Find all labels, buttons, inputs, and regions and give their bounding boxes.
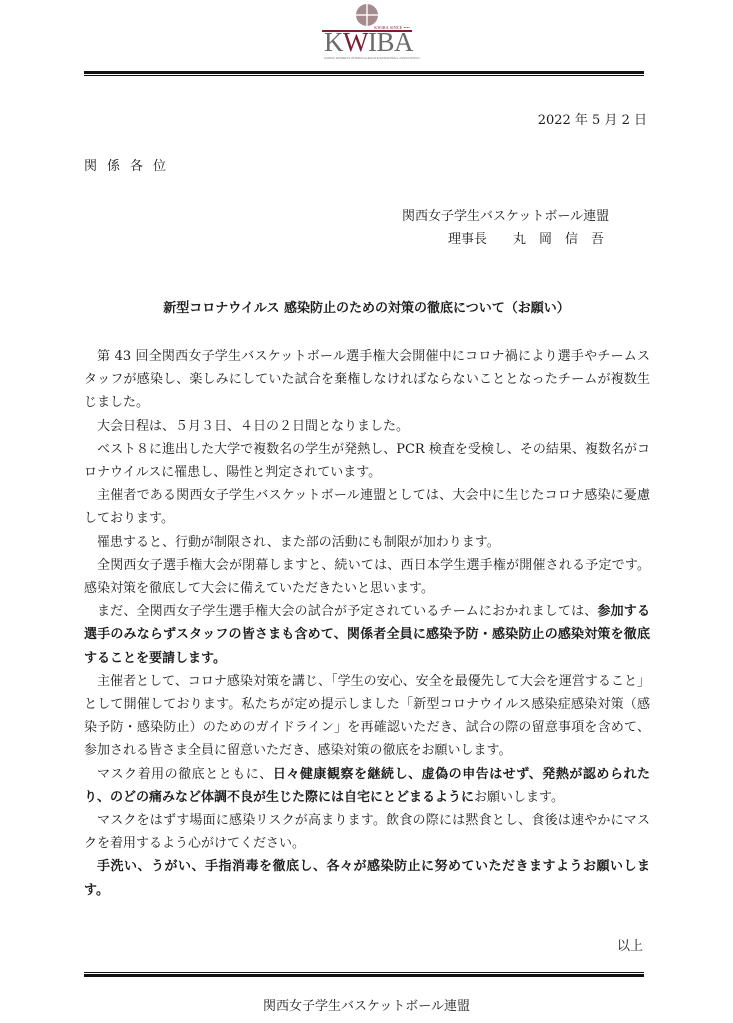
- document-date: 2022 年 5 月 2 日: [538, 109, 647, 128]
- paragraph-text: マスクをはずす場面に感染リスクが高まります。飲食の際には黙食とし、食後は速やかに…: [84, 813, 650, 851]
- closing-mark: 以上: [617, 935, 643, 954]
- body-paragraph: 主催者である関西女子学生バスケットボール連盟としては、大会中に生じたコロナ感染に…: [84, 484, 650, 530]
- logo-subtitle: KANSAI WOMEN'S INTERCOLLEGIATE BASKETBAL…: [324, 56, 420, 60]
- paragraph-text: まだ、全関西女子学生選手権大会の試合が予定されているチームにおかれましては、: [97, 604, 597, 619]
- body-paragraph: 主催者として、コロナ感染対策を講じ、「学生の安心、安全を最優先して大会を運営する…: [84, 670, 650, 763]
- basketball-icon: [356, 4, 378, 26]
- body-paragraph: 大会日程は、５月３日、４日の２日間となりました。: [84, 415, 650, 438]
- body-paragraph: 手洗い、うがい、手指消毒を徹底し、各々が感染防止に努めていただきますようお願いし…: [84, 855, 650, 901]
- kwiba-logo: KWIBA SINCE •••• KWIBA KANSAI WOMEN'S IN…: [322, 4, 412, 62]
- body-paragraph: マスク着用の徹底とともに、日々健康観察を継続し、虚偽の申告はせず、発熱が認められ…: [84, 763, 650, 809]
- sender-name: 理事長 丸 岡 信 吾: [448, 228, 604, 247]
- emphasized-text: 手洗い、うがい、手指消毒を徹底し、各々が感染防止に努めていただきますようお願いし…: [84, 859, 650, 897]
- document-title: 新型コロナウイルス 感染防止のための対策の徹底について（お願い）: [0, 297, 733, 316]
- body-paragraph: ベスト８に進出した大学で複数名の学生が発熱し、PCR 検査を受検し、その結果、複…: [84, 438, 650, 484]
- body-paragraph: 罹患すると、行動が制限され、また部の活動にも制限が加わります。: [84, 531, 650, 554]
- paragraph-text: マスク着用の徹底とともに、: [97, 767, 273, 782]
- paragraph-text: 罹患すると、行動が制限され、また部の活動にも制限が加わります。: [97, 535, 500, 550]
- footer-divider: [84, 972, 644, 977]
- footer-organization: 関西女子学生バスケットボール連盟: [0, 995, 733, 1014]
- paragraph-text: ベスト８に進出した大学で複数名の学生が発熱し、PCR 検査を受検し、その結果、複…: [84, 442, 650, 480]
- paragraph-text: 主催者として、コロナ感染対策を講じ、「学生の安心、安全を最優先して大会を運営する…: [84, 674, 650, 759]
- paragraph-text: 大会日程は、５月３日、４日の２日間となりました。: [97, 419, 409, 434]
- header-divider: [84, 71, 644, 76]
- document-body: 第 43 回全関西女子学生バスケットボール選手権大会開催中にコロナ禍により選手や…: [84, 345, 650, 902]
- sender-organization: 関西女子学生バスケットボール連盟: [402, 205, 609, 224]
- paragraph-text: 主催者である関西女子学生バスケットボール連盟としては、大会中に生じたコロナ感染に…: [84, 488, 650, 526]
- logo-wordmark: KWIBA: [324, 29, 413, 56]
- body-paragraph: 第 43 回全関西女子学生バスケットボール選手権大会開催中にコロナ禍により選手や…: [84, 345, 650, 415]
- body-paragraph: マスクをはずす場面に感染リスクが高まります。飲食の際には黙食とし、食後は速やかに…: [84, 809, 650, 855]
- body-paragraph: まだ、全関西女子学生選手権大会の試合が予定されているチームにおかれましては、参加…: [84, 600, 650, 670]
- paragraph-text: お願いします。: [474, 790, 564, 805]
- paragraph-text: 全関西女子選手権大会が閉幕しますと、続いては、西日本学生選手権が開催される予定で…: [84, 558, 650, 596]
- addressee: 関係各位: [84, 155, 176, 174]
- body-paragraph: 全関西女子選手権大会が閉幕しますと、続いては、西日本学生選手権が開催される予定で…: [84, 554, 650, 600]
- paragraph-text: 第 43 回全関西女子学生バスケットボール選手権大会開催中にコロナ禍により選手や…: [84, 349, 650, 410]
